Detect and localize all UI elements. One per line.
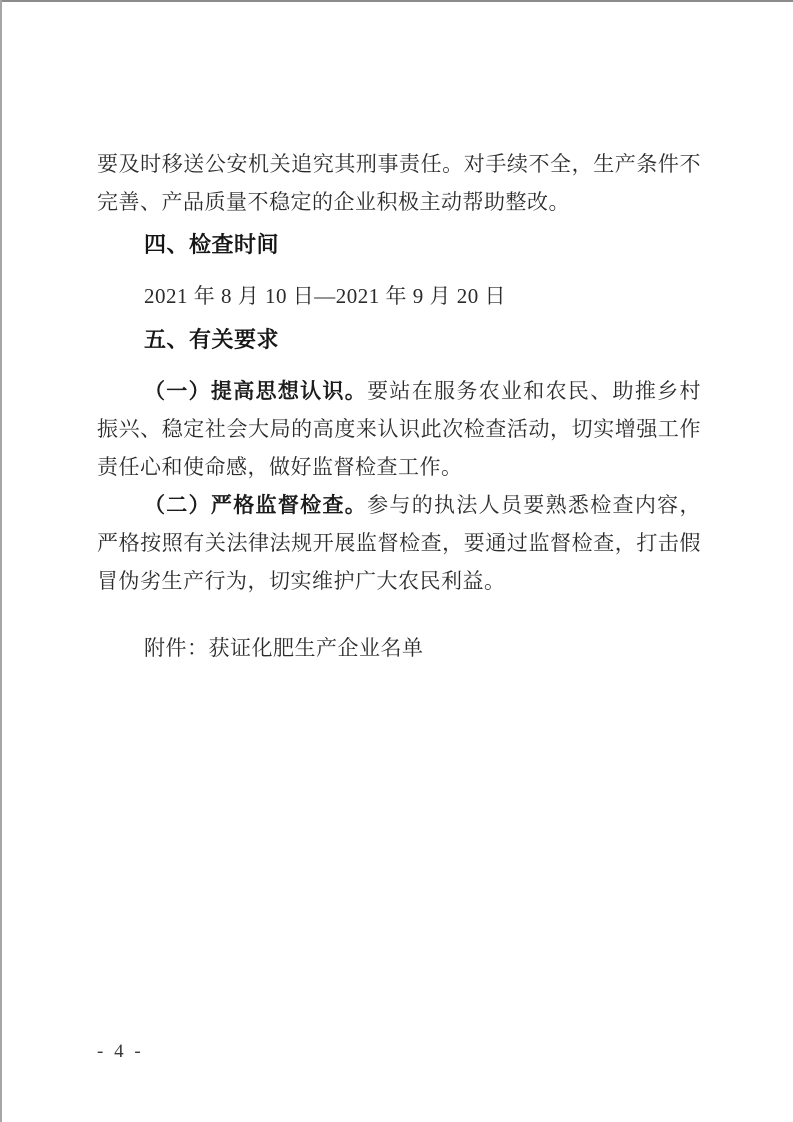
requirement-item-1: （一）提高思想认识。要站在服务农业和农民、助推乡村振兴、稳定社会大局的高度来认识… xyxy=(97,372,701,486)
scan-edge-left-line xyxy=(0,0,2,1122)
section-heading-requirements: 五、有关要求 xyxy=(97,321,701,359)
attachment-line: 附件：获证化肥生产企业名单 xyxy=(97,629,701,667)
document-body: 要及时移送公安机关追究其刑事责任。对手续不全，生产条件不完善、产品质量不稳定的企… xyxy=(97,145,701,667)
page-number: - 4 - xyxy=(97,1040,144,1064)
requirement-item-2: （二）严格监督检查。参与的执法人员要熟悉检查内容，严格按照有关法律法规开展监督检… xyxy=(97,486,701,600)
requirement-item-2-lead: （二）严格监督检查。 xyxy=(144,493,367,517)
inspection-date-range: 2021 年 8 月 10 日—2021 年 9 月 20 日 xyxy=(97,277,701,315)
scan-edge-top-line xyxy=(0,0,793,2)
document-page: 要及时移送公安机关追究其刑事责任。对手续不全，生产条件不完善、产品质量不稳定的企… xyxy=(0,0,793,1122)
continuation-paragraph: 要及时移送公安机关追究其刑事责任。对手续不全，生产条件不完善、产品质量不稳定的企… xyxy=(97,145,701,221)
requirement-item-1-lead: （一）提高思想认识。 xyxy=(144,379,367,403)
section-heading-inspection-time: 四、检查时间 xyxy=(97,226,701,264)
